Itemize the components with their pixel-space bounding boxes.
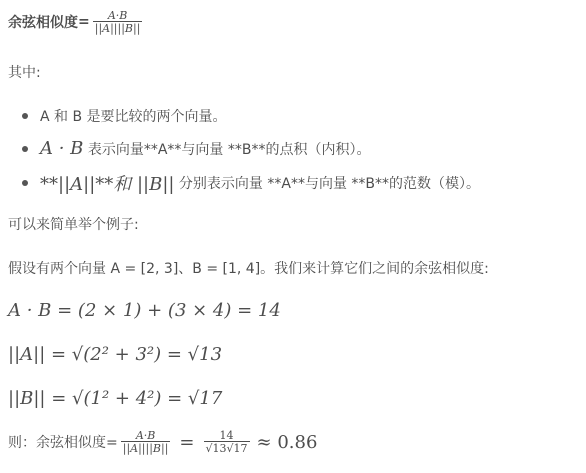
bullet-item: **||A||**和 ||B|| 分别表示向量 **A**与向量 **B**的范…	[8, 170, 480, 196]
bullet-icon	[22, 146, 28, 152]
bullet-math: A 和 B	[40, 106, 82, 126]
norm-a-equation: ||A|| = √(2² + 3²) = √13	[8, 344, 222, 365]
equals-sign: =	[78, 14, 90, 30]
bullet-text: 分别表示向量 **A**与向量 **B**的范数（模）。	[179, 173, 480, 193]
bullet-icon	[22, 180, 28, 186]
numeric-fraction: 14 √13√17	[204, 430, 250, 454]
norm-b-equation: ||B|| = √(1² + 4²) = √17	[8, 388, 222, 409]
cosine-fraction: A·B ||A||||B||	[93, 10, 143, 34]
bullet-math: **||A||**和 ||B||	[40, 170, 174, 196]
example-intro: 可以来简单举个例子:	[8, 214, 139, 234]
result-prefix: 则：余弦相似度=	[8, 432, 118, 452]
bullet-icon	[22, 113, 28, 119]
numerator: A·B	[134, 430, 158, 441]
numerator: A·B	[106, 10, 130, 21]
numerator: 14	[218, 430, 236, 441]
denominator: √13√17	[204, 441, 250, 454]
intro-text: 其中:	[8, 62, 41, 82]
heading-label: 余弦相似度	[8, 12, 78, 32]
equals-sign: =	[179, 432, 194, 453]
bullet-item: A · B 表示向量**A**与向量 **B**的点积（内积）。	[8, 138, 371, 159]
denominator: ||A||||B||	[93, 21, 143, 34]
assumption-text: 假设有两个向量 A = [2, 3]、B = [1, 4]。我们来计算它们之间的…	[8, 258, 489, 278]
approx-value: ≈ 0.86	[257, 432, 318, 453]
denominator: ||A||||B||	[121, 441, 171, 454]
dot-product-equation: A · B = (2 × 1) + (3 × 4) = 14	[8, 300, 281, 321]
result-formula: 则：余弦相似度= A·B ||A||||B|| = 14 √13√17 ≈ 0.…	[8, 430, 317, 454]
bullet-text: 是要比较的两个向量。	[87, 106, 227, 126]
bullet-math: A · B	[40, 138, 83, 159]
bullet-item: A 和 B 是要比较的两个向量。	[8, 106, 227, 126]
heading-formula: 余弦相似度 = A·B ||A||||B||	[8, 10, 145, 34]
bullet-text: 表示向量**A**与向量 **B**的点积（内积）。	[88, 139, 371, 159]
result-fraction: A·B ||A||||B||	[121, 430, 171, 454]
